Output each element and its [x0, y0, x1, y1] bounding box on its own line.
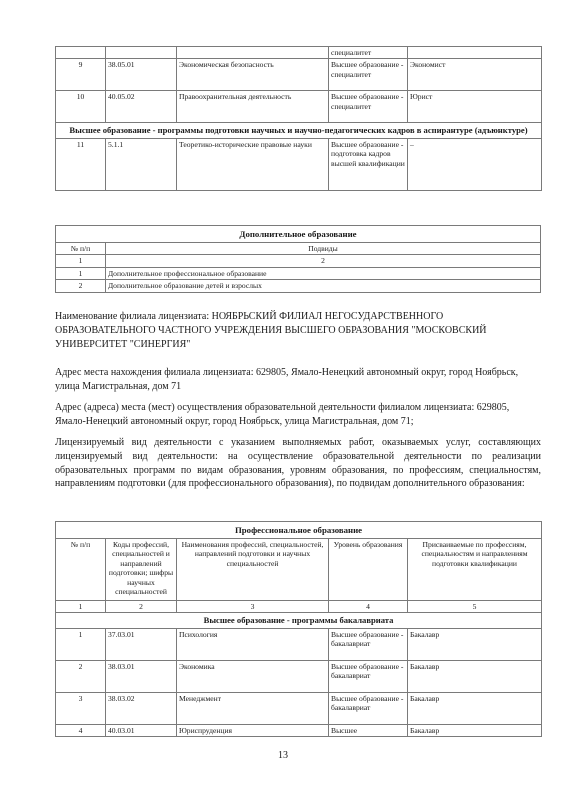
- cell-num: 1: [56, 267, 106, 279]
- cell-name: Психология: [177, 628, 329, 660]
- section-row: Высшее образование - программы подготовк…: [56, 123, 542, 139]
- table-row: 1 37.03.01 Психология Высшее образование…: [56, 628, 542, 660]
- index-cell: 1: [56, 601, 106, 613]
- activity-address: Адрес (адреса) места (мест) осуществлени…: [55, 401, 541, 429]
- cell-num: 9: [56, 59, 106, 91]
- index-cell: 3: [177, 601, 329, 613]
- index-cell: 4: [329, 601, 408, 613]
- table-row: 4 40.03.01 Юриспруденция Высшее Бакалавр: [56, 724, 542, 736]
- header-qual: Присваиваемые по профессиям, специальнос…: [408, 539, 542, 601]
- additional-education-table: Дополнительное образование № п/п Подвиды…: [55, 225, 541, 293]
- index-cell: 5: [408, 601, 542, 613]
- cell-level: специалитет: [329, 47, 408, 59]
- header-level: Уровень образования: [329, 539, 408, 601]
- header-name: Наименования профессий, специальностей, …: [177, 539, 329, 601]
- index-row: 1 2: [56, 255, 541, 267]
- table-row: 10 40.05.02 Правоохранительная деятельно…: [56, 91, 542, 123]
- table-row: 3 38.03.02 Менеджмент Высшее образование…: [56, 692, 542, 724]
- cell-num: 10: [56, 91, 106, 123]
- cell-num: 11: [56, 138, 106, 190]
- table-row: специалитет: [56, 47, 542, 59]
- cell-num: 2: [56, 660, 106, 692]
- programs-table-continued: специалитет 9 38.05.01 Экономическая без…: [55, 46, 542, 191]
- cell-level: Высшее образование - бакалавриат: [329, 692, 408, 724]
- index-cell: 2: [106, 255, 541, 267]
- index-cell: 2: [106, 601, 177, 613]
- cell-level: Высшее образование - специалитет: [329, 59, 408, 91]
- cell-name: Менеджмент: [177, 692, 329, 724]
- cell-name: Юриспруденция: [177, 724, 329, 736]
- index-cell: 1: [56, 255, 106, 267]
- section-title-aspirantura: Высшее образование - программы подготовк…: [56, 123, 542, 139]
- table-row: 2 38.03.01 Экономика Высшее образование …: [56, 660, 542, 692]
- cell-code: 38.05.01: [106, 59, 177, 91]
- table-row: 1 Дополнительное профессиональное образо…: [56, 267, 541, 279]
- cell-qual: Экономист: [408, 59, 542, 91]
- cell-qual: –: [408, 138, 542, 190]
- cell-level: Высшее образование - бакалавриат: [329, 660, 408, 692]
- page-number: 13: [0, 750, 566, 761]
- branch-address: Адрес места нахождения филиала лицензиат…: [55, 366, 541, 394]
- table-title-row: Профессиональное образование: [56, 522, 542, 539]
- cell-name: [177, 47, 329, 59]
- branch-name: Наименование филиала лицензиата: НОЯБРЬС…: [55, 310, 541, 351]
- cell-code: 40.03.01: [106, 724, 177, 736]
- header-code: Коды профессий, специальностей и направл…: [106, 539, 177, 601]
- cell-qual: Бакалавр: [408, 724, 542, 736]
- section-row: Высшее образование - программы бакалаври…: [56, 613, 542, 629]
- table-row: 9 38.05.01 Экономическая безопасность Вы…: [56, 59, 542, 91]
- table-title: Дополнительное образование: [56, 226, 541, 243]
- cell-qual: Бакалавр: [408, 692, 542, 724]
- cell-code: 40.05.02: [106, 91, 177, 123]
- header-subtypes: Подвиды: [106, 243, 541, 255]
- table-row: 2 Дополнительное образование детей и взр…: [56, 280, 541, 292]
- cell-name: Теоретико-исторические правовые науки: [177, 138, 329, 190]
- licensed-activity: Лицензируемый вид деятельности с указани…: [55, 436, 541, 491]
- cell-code: 38.03.02: [106, 692, 177, 724]
- cell-name: Дополнительное профессиональное образова…: [106, 267, 541, 279]
- header-row: № п/п Подвиды: [56, 243, 541, 255]
- cell-qual: Юрист: [408, 91, 542, 123]
- cell-qual: Бакалавр: [408, 628, 542, 660]
- cell-num: 4: [56, 724, 106, 736]
- cell-code: 5.1.1: [106, 138, 177, 190]
- header-row: № п/п Коды профессий, специальностей и н…: [56, 539, 542, 601]
- cell-code: [106, 47, 177, 59]
- index-row: 1 2 3 4 5: [56, 601, 542, 613]
- cell-name: Дополнительное образование детей и взрос…: [106, 280, 541, 292]
- cell-qual: Бакалавр: [408, 660, 542, 692]
- cell-level: Высшее образование - подготовка кадров в…: [329, 138, 408, 190]
- cell-name: Экономическая безопасность: [177, 59, 329, 91]
- cell-num: [56, 47, 106, 59]
- cell-name: Правоохранительная деятельность: [177, 91, 329, 123]
- cell-qual: [408, 47, 542, 59]
- cell-level: Высшее образование - бакалавриат: [329, 628, 408, 660]
- cell-num: 3: [56, 692, 106, 724]
- cell-level: Высшее: [329, 724, 408, 736]
- cell-code: 38.03.01: [106, 660, 177, 692]
- cell-num: 1: [56, 628, 106, 660]
- professional-education-table: Профессиональное образование № п/п Коды …: [55, 521, 542, 737]
- cell-name: Экономика: [177, 660, 329, 692]
- table-title: Профессиональное образование: [56, 522, 542, 539]
- cell-code: 37.03.01: [106, 628, 177, 660]
- table-title-row: Дополнительное образование: [56, 226, 541, 243]
- cell-level: Высшее образование - специалитет: [329, 91, 408, 123]
- cell-num: 2: [56, 280, 106, 292]
- header-num: № п/п: [56, 539, 106, 601]
- table-row: 11 5.1.1 Теоретико-исторические правовые…: [56, 138, 542, 190]
- header-num: № п/п: [56, 243, 106, 255]
- section-title-bachelor: Высшее образование - программы бакалаври…: [56, 613, 542, 629]
